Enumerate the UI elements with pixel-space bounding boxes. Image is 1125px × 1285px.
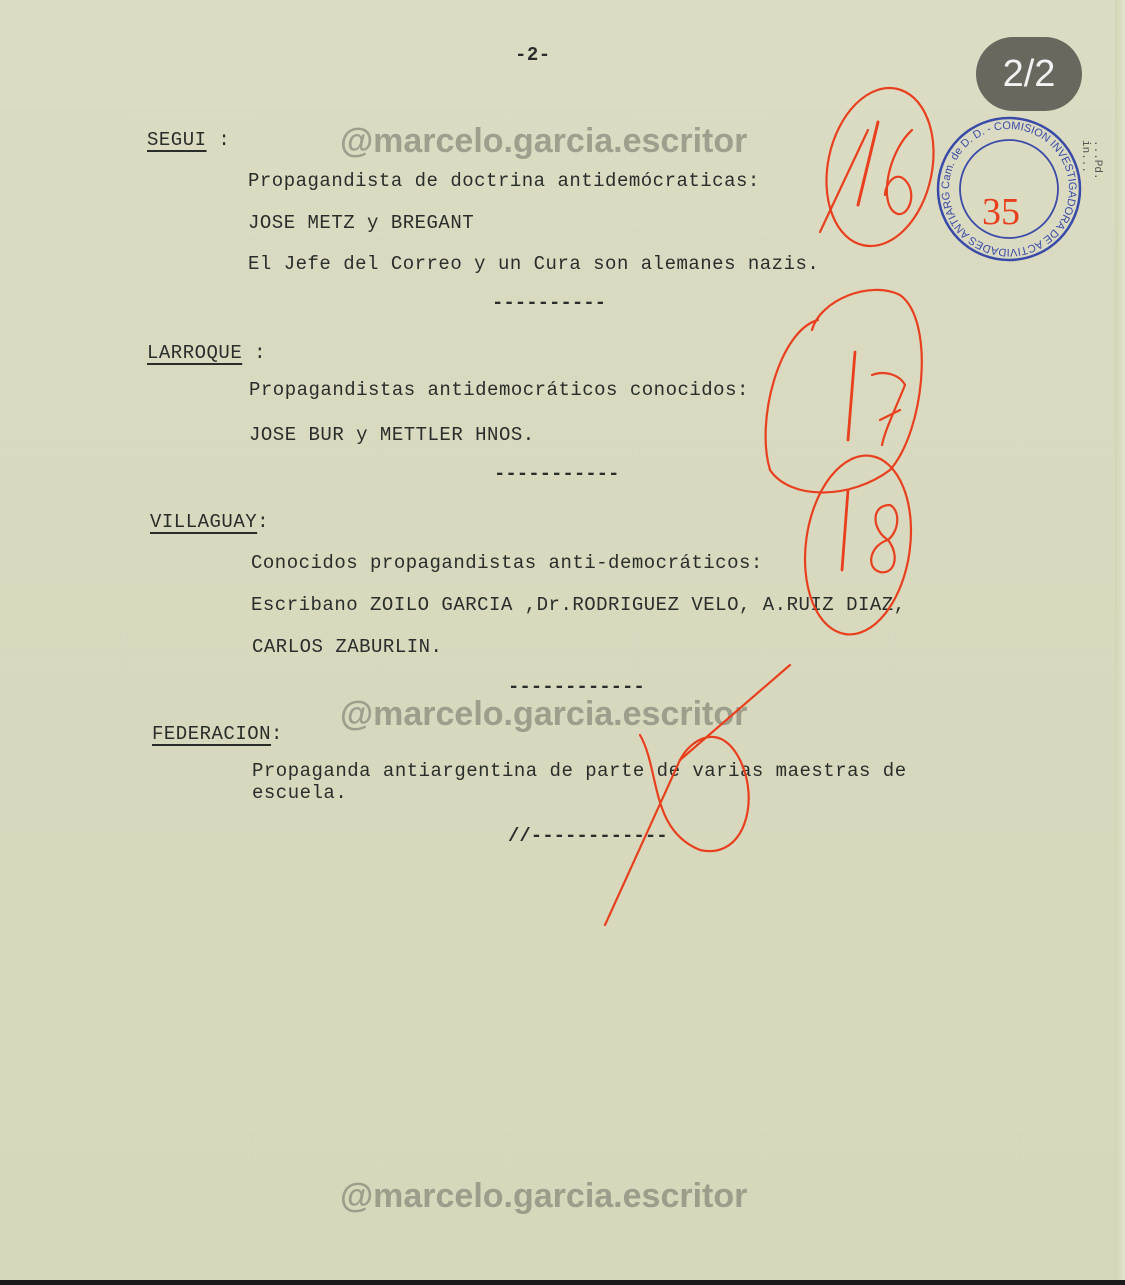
segui-line-2: JOSE METZ y BREGANT <box>248 212 474 234</box>
section-heading-segui: SEGUI : <box>147 129 230 151</box>
section-heading-federacion: FEDERACION: <box>152 723 283 745</box>
red-pencil-annotations <box>0 0 1125 1280</box>
margin-note: ...Pd. in... <box>1079 140 1103 180</box>
larroque-separator: ----------- <box>494 463 619 485</box>
section-heading-villaguay: VILLAGUAY: <box>150 511 269 533</box>
federacion-line-2: escuela. <box>252 782 347 804</box>
watermark-bottom: @marcelo.garcia.escritor <box>340 1177 747 1216</box>
larroque-line-2: JOSE BUR y METTLER HNOS. <box>249 424 535 446</box>
circle-17-icon <box>766 290 922 493</box>
villaguay-line-3: CARLOS ZABURLIN. <box>252 636 442 658</box>
circle-16-icon <box>813 78 948 256</box>
page-number: -2- <box>515 44 551 66</box>
watermark-middle: @marcelo.garcia.escritor <box>340 695 747 734</box>
page-edge <box>1115 0 1125 1280</box>
page-counter-badge: 2/2 <box>976 37 1082 111</box>
larroque-line-1: Propagandistas antidemocráticos conocido… <box>249 379 749 401</box>
segui-separator: ---------- <box>492 292 606 314</box>
watermark-top: @marcelo.garcia.escritor <box>340 122 747 161</box>
section-heading-larroque: LARROQUE : <box>147 342 266 364</box>
segui-line-1: Propagandista de doctrina antidemócratic… <box>248 170 760 192</box>
villaguay-line-2: Escribano ZOILO GARCIA ,Dr.RODRIGUEZ VEL… <box>251 594 906 616</box>
document-page: -2- SEGUI : Propagandista de doctrina an… <box>0 0 1125 1280</box>
villaguay-line-1: Conocidos propagandistas anti-democrátic… <box>251 552 763 574</box>
heading-text: SEGUI <box>147 129 207 151</box>
archive-stamp: Cam. de D. D. - COMISION INVESTIGADORA D… <box>0 0 1125 1280</box>
segui-line-3: El Jefe del Correo y un Cura son alemane… <box>248 253 819 275</box>
federacion-end-separator: //------------ <box>508 825 668 847</box>
stamp-handwritten-number: 35 <box>982 191 1020 233</box>
federacion-line-1: Propaganda antiargentina de parte de var… <box>252 760 907 782</box>
